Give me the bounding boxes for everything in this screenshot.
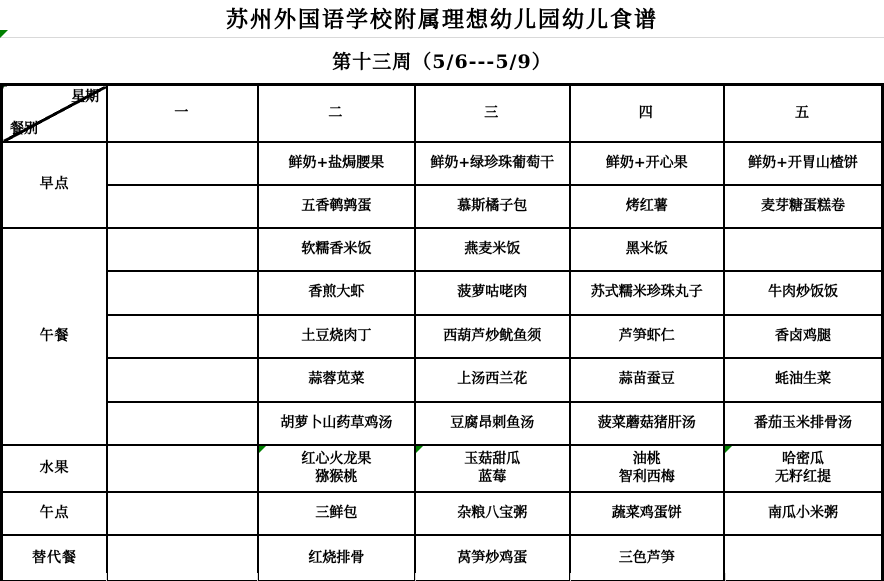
menu-cell: 三鲜包 bbox=[258, 492, 415, 535]
faint-gridline bbox=[570, 573, 571, 581]
cell-comment-marker-icon bbox=[725, 446, 732, 453]
menu-cell bbox=[107, 402, 257, 445]
menu-cell: 菠菜蘑菇猪肝汤 bbox=[570, 402, 724, 445]
menu-cell: 玉菇甜瓜 蓝莓 bbox=[415, 445, 569, 492]
page-title: 苏州外国语学校附属理想幼儿园幼儿食谱 bbox=[0, 0, 884, 36]
menu-cell: 五香鹌鹑蛋 bbox=[258, 185, 415, 228]
cell-comment-marker-icon bbox=[416, 446, 423, 453]
menu-cell: 芦笋虾仁 bbox=[570, 315, 724, 358]
table-row: 胡萝卜山药草鸡汤 豆腐昂刺鱼汤 菠菜蘑菇猪肝汤 番茄玉米排骨汤 bbox=[2, 402, 883, 445]
faint-gridline bbox=[257, 573, 258, 581]
menu-cell-text: 哈密瓜 无籽红提 bbox=[775, 451, 831, 485]
menu-cell: 鲜奶+盐焗腰果 bbox=[258, 142, 415, 185]
menu-cell: 三色芦笋 bbox=[570, 535, 724, 581]
green-corner-marker-icon bbox=[0, 30, 8, 38]
menu-cell: 软糯香米饭 bbox=[258, 228, 415, 271]
menu-cell: 慕斯橘子包 bbox=[415, 185, 569, 228]
menu-cell: 蚝油生菜 bbox=[724, 358, 883, 402]
menu-cell: 土豆烧肉丁 bbox=[258, 315, 415, 358]
menu-cell: 红烧排骨 bbox=[258, 535, 415, 581]
corner-label-day: 星期 bbox=[71, 88, 99, 106]
menu-cell: 牛肉炒饭饭 bbox=[724, 271, 883, 315]
menu-cell: 胡萝卜山药草鸡汤 bbox=[258, 402, 415, 445]
menu-cell: 香卤鸡腿 bbox=[724, 315, 883, 358]
menu-cell bbox=[107, 271, 257, 315]
table-row: 替代餐 红烧排骨 莴笋炒鸡蛋 三色芦笋 bbox=[2, 535, 883, 581]
day-header-tue: 二 bbox=[258, 85, 415, 142]
day-header-mon: 一 bbox=[107, 85, 257, 142]
menu-cell bbox=[107, 445, 257, 492]
table-row: 午餐 软糯香米饭 燕麦米饭 黑米饭 bbox=[2, 228, 883, 271]
menu-cell bbox=[724, 535, 883, 581]
menu-cell bbox=[107, 185, 257, 228]
menu-table: 星期 餐别 一 二 三 四 五 早点 鲜奶+盐焗腰果 鲜奶+绿珍珠葡萄干 鲜奶+… bbox=[0, 83, 884, 581]
menu-cell: 菠萝咕咾肉 bbox=[415, 271, 569, 315]
menu-cell bbox=[107, 358, 257, 402]
menu-cell: 烤红薯 bbox=[570, 185, 724, 228]
menu-cell: 麦芽糖蛋糕卷 bbox=[724, 185, 883, 228]
menu-cell bbox=[107, 492, 257, 535]
menu-cell: 黑米饭 bbox=[570, 228, 724, 271]
cell-comment-marker-icon bbox=[259, 446, 266, 453]
menu-cell: 鲜奶+开心果 bbox=[570, 142, 724, 185]
menu-cell: 莴笋炒鸡蛋 bbox=[415, 535, 569, 581]
faint-gridline bbox=[725, 573, 726, 581]
table-row: 土豆烧肉丁 西葫芦炒鱿鱼须 芦笋虾仁 香卤鸡腿 bbox=[2, 315, 883, 358]
row-label-substitute-meal: 替代餐 bbox=[2, 535, 108, 581]
day-header-wed: 三 bbox=[415, 85, 569, 142]
day-header-fri: 五 bbox=[724, 85, 883, 142]
corner-label-meal: 餐别 bbox=[10, 120, 38, 138]
menu-cell: 蒜蓉苋菜 bbox=[258, 358, 415, 402]
row-label-afternoon-snack: 午点 bbox=[2, 492, 108, 535]
day-header-thu: 四 bbox=[570, 85, 724, 142]
table-row: 蒜蓉苋菜 上汤西兰花 蒜苗蚕豆 蚝油生菜 bbox=[2, 358, 883, 402]
faint-gridline bbox=[106, 573, 107, 581]
menu-cell: 鲜奶+开胃山楂饼 bbox=[724, 142, 883, 185]
menu-cell bbox=[107, 228, 257, 271]
menu-cell: 蒜苗蚕豆 bbox=[570, 358, 724, 402]
table-row: 早点 鲜奶+盐焗腰果 鲜奶+绿珍珠葡萄干 鲜奶+开心果 鲜奶+开胃山楂饼 bbox=[2, 142, 883, 185]
menu-cell: 蔬菜鸡蛋饼 bbox=[570, 492, 724, 535]
faint-gridline bbox=[415, 573, 416, 581]
menu-cell: 豆腐昂刺鱼汤 bbox=[415, 402, 569, 445]
table-row: 五香鹌鹑蛋 慕斯橘子包 烤红薯 麦芽糖蛋糕卷 bbox=[2, 185, 883, 228]
menu-cell: 油桃 智利西梅 bbox=[570, 445, 724, 492]
table-row: 水果 红心火龙果 猕猴桃 玉菇甜瓜 蓝莓 油桃 智利西梅 哈密瓜 无籽红提 bbox=[2, 445, 883, 492]
corner-cell: 星期 餐别 bbox=[2, 85, 108, 142]
menu-cell: 上汤西兰花 bbox=[415, 358, 569, 402]
menu-cell bbox=[107, 142, 257, 185]
menu-cell: 番茄玉米排骨汤 bbox=[724, 402, 883, 445]
menu-cell bbox=[724, 228, 883, 271]
table-row: 午点 三鲜包 杂粮八宝粥 蔬菜鸡蛋饼 南瓜小米粥 bbox=[2, 492, 883, 535]
row-label-breakfast: 早点 bbox=[2, 142, 108, 228]
menu-cell: 红心火龙果 猕猴桃 bbox=[258, 445, 415, 492]
row-label-lunch: 午餐 bbox=[2, 228, 108, 445]
menu-cell: 香煎大虾 bbox=[258, 271, 415, 315]
menu-cell-text: 红心火龙果 猕猴桃 bbox=[301, 451, 371, 485]
page-subtitle: 第十三周（5/6---5/9） bbox=[0, 38, 884, 82]
menu-cell: 杂粮八宝粥 bbox=[415, 492, 569, 535]
menu-cell bbox=[107, 535, 257, 581]
menu-cell-text: 玉菇甜瓜 蓝莓 bbox=[464, 451, 520, 485]
menu-cell: 西葫芦炒鱿鱼须 bbox=[415, 315, 569, 358]
menu-cell: 哈密瓜 无籽红提 bbox=[724, 445, 883, 492]
menu-cell: 鲜奶+绿珍珠葡萄干 bbox=[415, 142, 569, 185]
header-row: 星期 餐别 一 二 三 四 五 bbox=[2, 85, 883, 142]
menu-cell bbox=[107, 315, 257, 358]
menu-cell: 南瓜小米粥 bbox=[724, 492, 883, 535]
menu-cell: 苏式糯米珍珠丸子 bbox=[570, 271, 724, 315]
menu-cell: 燕麦米饭 bbox=[415, 228, 569, 271]
row-label-fruit: 水果 bbox=[2, 445, 108, 492]
table-row: 香煎大虾 菠萝咕咾肉 苏式糯米珍珠丸子 牛肉炒饭饭 bbox=[2, 271, 883, 315]
